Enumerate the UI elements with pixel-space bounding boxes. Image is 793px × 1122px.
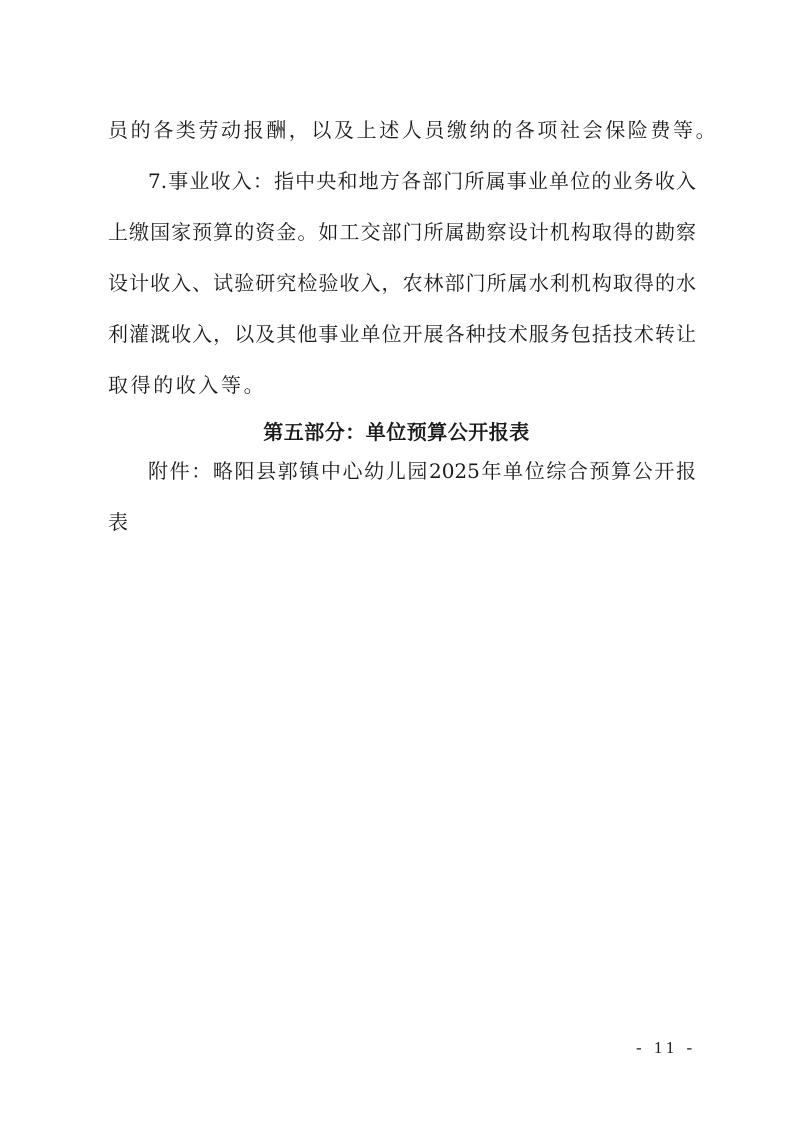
item-7-line: 7.事业收入：指中央和地方各部门所属事业单位的业务收入 <box>148 167 696 195</box>
attachment-line: 附件：略阳县郭镇中心幼儿园2025年单位综合预算公开报 <box>148 457 696 485</box>
paragraph-line: 员的各类劳动报酬，以及上述人员缴纳的各项社会保险费等。 <box>108 116 696 144</box>
item-7-line: 取得的收入等。 <box>108 371 696 399</box>
document-page: 员的各类劳动报酬，以及上述人员缴纳的各项社会保险费等。 7.事业收入：指中央和地… <box>0 0 793 1122</box>
item-7-line: 上缴国家预算的资金。如工交部门所属勘察设计机构取得的勘察 <box>108 218 696 246</box>
item-7-line: 利灌溉收入，以及其他事业单位开展各种技术服务包括技术转让 <box>108 320 696 348</box>
item-7-line: 设计收入、试验研究检验收入，农林部门所属水利机构取得的水 <box>108 269 696 297</box>
section-heading: 第五部分：单位预算公开报表 <box>0 418 793 446</box>
page-number: - 11 - <box>636 1038 696 1058</box>
attachment-line: 表 <box>108 508 696 536</box>
